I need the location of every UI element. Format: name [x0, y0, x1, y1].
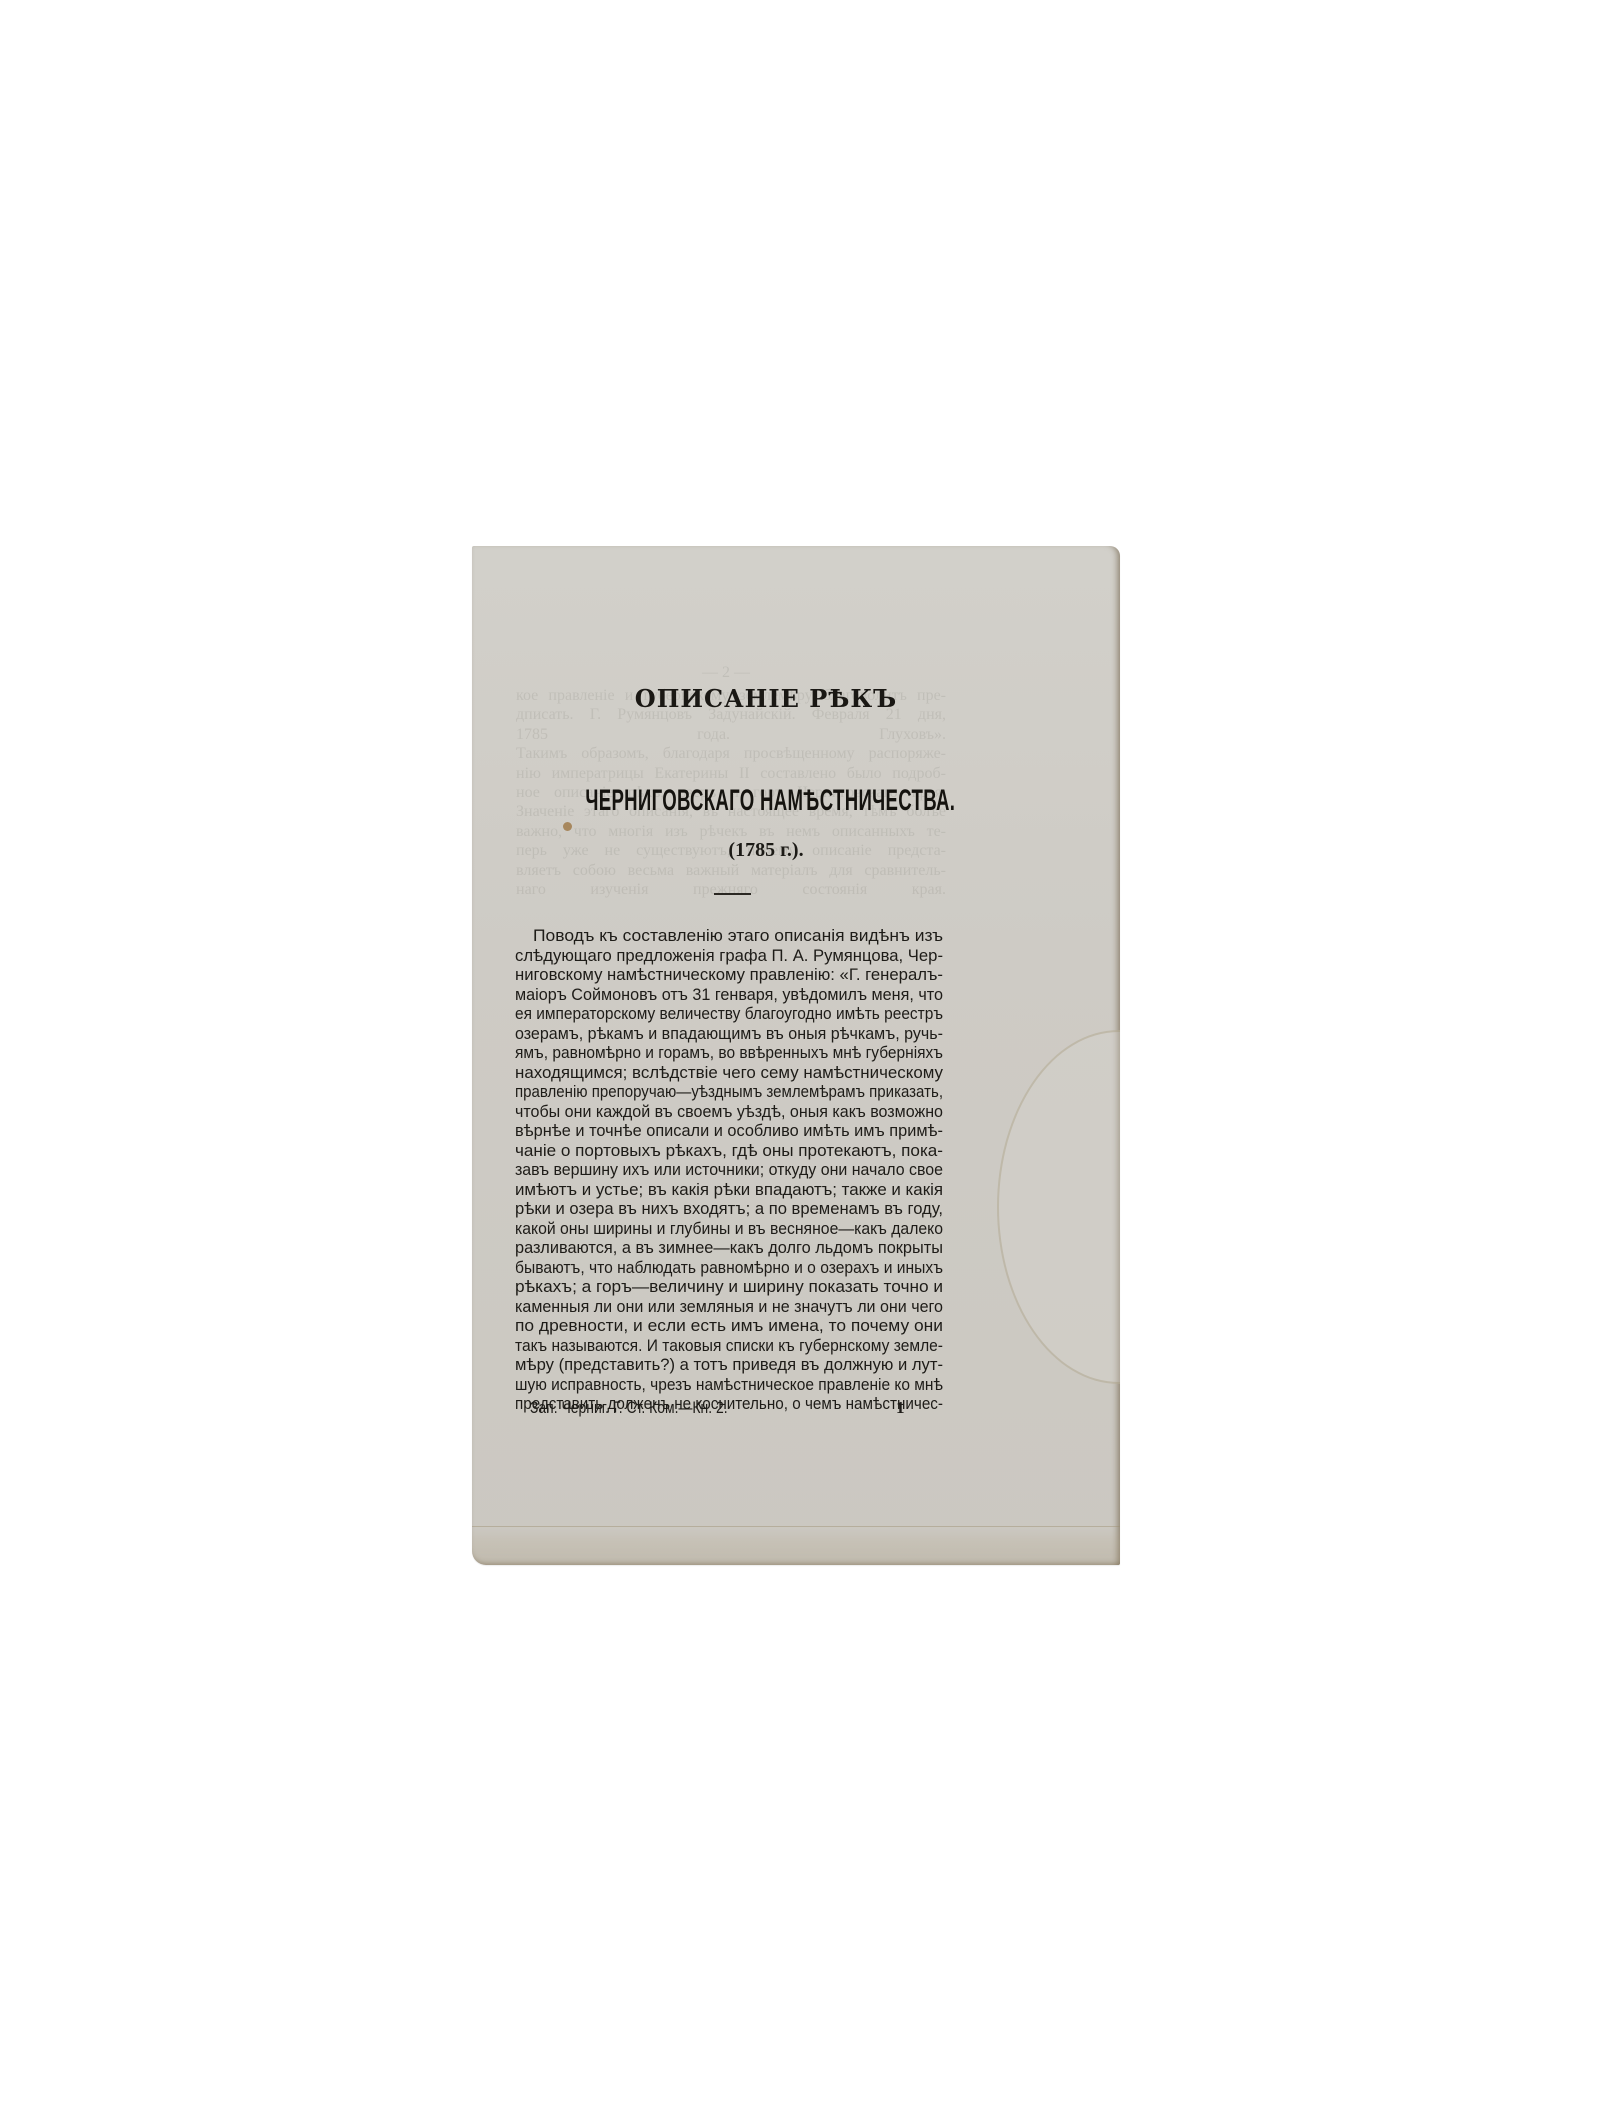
body-line: слѣдующаго предложенія графа П. А. Румян…	[515, 946, 943, 966]
bleed-line: 1785 года. Глуховъ».	[516, 725, 946, 744]
page-number: 1	[896, 1398, 905, 1418]
bleed-line: вляетъ собою весьма важный матеріалъ для…	[516, 861, 946, 880]
page-footer: Зап. Черниг. Г. Ст. Ком.—Кн. 2. 1	[530, 1398, 930, 1420]
date-line: (1785 г.).	[472, 839, 1120, 862]
body-line: вѣрнѣе и точнѣе описали и особливо имѣть…	[515, 1121, 943, 1141]
body-line: маіоръ Соймоновъ отъ 31 генваря, увѣдоми…	[515, 985, 943, 1005]
title-line-1: ОПИСАНІЕ РѢКЪ	[472, 684, 1120, 713]
body-line: чтобы они каждой въ своемъ уѣздѣ, оныя к…	[515, 1102, 943, 1122]
body-line: Поводъ къ составленію этаго описанія вид…	[515, 926, 943, 946]
body-line: какой оны ширины и глубины и въ весняное…	[515, 1219, 943, 1239]
bleed-line: нію императрицы Екатерины II составлено …	[516, 764, 946, 783]
body-line: разливаются, а въ зимнее—какъ долго льдо…	[515, 1238, 943, 1258]
body-line: чаніе о портовыхъ рѣкахъ, гдѣ оны протек…	[515, 1141, 943, 1161]
body-line: имѣютъ и устье; въ какія рѣки впадаютъ; …	[515, 1180, 943, 1200]
foxing-spot	[563, 822, 572, 831]
body-line: такъ называются. И таковыя списки къ губ…	[515, 1336, 943, 1356]
book-page: — 2 — кое правленіе и губернскому землем…	[472, 546, 1120, 1565]
title-line-2: ЧЕРНИГОВСКАГО НАМѢСТНИЧЕСТВА.	[472, 784, 1120, 818]
body-line: правленію препоручаю—уѣзднымъ землемѣрам…	[515, 1082, 943, 1102]
body-text: Поводъ къ составленію этаго описанія вид…	[515, 926, 943, 1414]
water-stain	[997, 1030, 1120, 1384]
bleed-line: наго изученія прежняго состоянія края.	[516, 880, 946, 899]
body-line: завъ вершину ихъ или источники; откуду о…	[515, 1160, 943, 1180]
body-line: рѣки и озера въ нихъ входятъ; а по време…	[515, 1199, 943, 1219]
body-line: шую исправность, чрезъ намѣстническое пр…	[515, 1375, 943, 1395]
bleed-line: Такимъ образомъ, благодаря просвѣщенному…	[516, 744, 946, 763]
body-line: по древности, и если есть имъ имена, то …	[515, 1316, 943, 1336]
body-line: каменныя ли они или земляныя и не значут…	[515, 1297, 943, 1317]
body-line: находящимся; вслѣдствіе чего сему намѣст…	[515, 1063, 943, 1083]
bleed-through-page-number: — 2 —	[702, 664, 750, 682]
title-line-2-text: ЧЕРНИГОВСКАГО НАМѢСТНИЧЕСТВА.	[585, 784, 955, 818]
body-line: мѣру (представить?) а тотъ приведя въ до…	[515, 1355, 943, 1375]
section-rule	[714, 893, 751, 895]
body-line: рѣкахъ; а горъ—величину и ширину показат…	[515, 1277, 943, 1297]
body-line: ея императорскому величеству благоугодно…	[515, 1004, 943, 1024]
body-line: бываютъ, что наблюдать равномѣрно и о оз…	[515, 1258, 943, 1278]
body-line: ямъ, равномѣрно и горамъ, во ввѣренныхъ …	[515, 1043, 943, 1063]
body-line: ниговскому намѣстническому правленію: «Г…	[515, 965, 943, 985]
footer-source: Зап. Черниг. Г. Ст. Ком.—Кн. 2.	[530, 1398, 728, 1418]
body-line: озерамъ, рѣкамъ и впадающимъ въ оныя рѣч…	[515, 1024, 943, 1044]
